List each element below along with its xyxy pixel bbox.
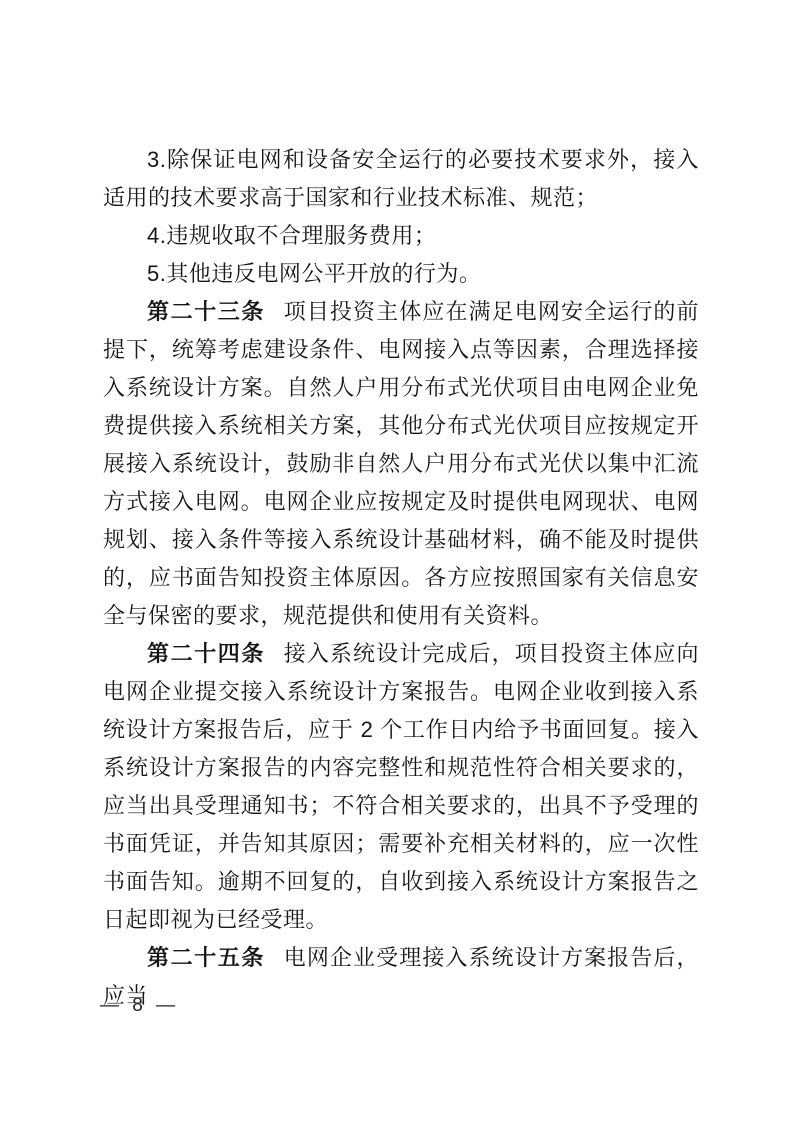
article-24-text: 接入系统设计完成后，项目投资主体应向电网企业提交接入系统设计方案报告。电网企业收… (103, 641, 699, 932)
document-body: 3.除保证电网和设备安全运行的必要技术要求外，接入适用的技术要求高于国家和行业技… (103, 141, 699, 1015)
article-25-paragraph: 第二十五条电网企业受理接入系统设计方案报告后，应当 (103, 939, 699, 1015)
article-24-number: 第二十四条 (147, 641, 265, 666)
article-23-text: 项目投资主体应在满足电网安全运行的前提下，统筹考虑建设条件、电网接入点等因素，合… (103, 299, 699, 628)
numbered-item-4: 4.违规收取不合理服务费用； (103, 217, 699, 255)
article-23-paragraph: 第二十三条项目投资主体应在满足电网安全运行的前提下，统筹考虑建设条件、电网接入点… (103, 293, 699, 635)
numbered-item-5: 5.其他违反电网公平开放的行为。 (103, 255, 699, 293)
page-number: — 8 — (100, 995, 179, 1016)
page-footer: — 8 — (100, 995, 179, 1017)
document-page: 3.除保证电网和设备安全运行的必要技术要求外，接入适用的技术要求高于国家和行业技… (0, 0, 793, 1122)
article-24-paragraph: 第二十四条接入系统设计完成后，项目投资主体应向电网企业提交接入系统设计方案报告。… (103, 635, 699, 939)
article-25-number: 第二十五条 (147, 945, 265, 970)
article-23-number: 第二十三条 (147, 299, 265, 324)
numbered-item-3: 3.除保证电网和设备安全运行的必要技术要求外，接入适用的技术要求高于国家和行业技… (103, 141, 699, 217)
